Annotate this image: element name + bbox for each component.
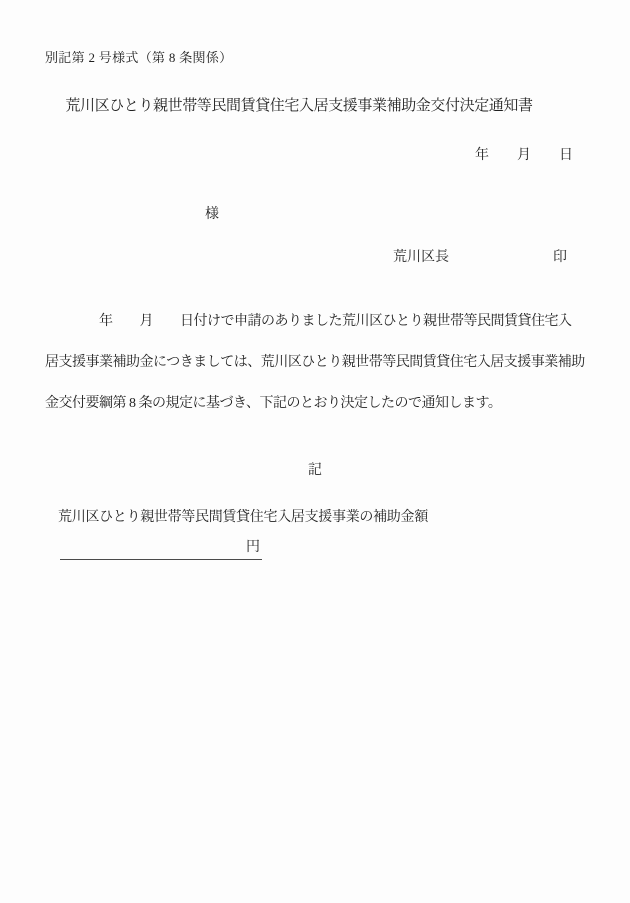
body-paragraph: 年 月 日付けで申請のありました荒川区ひとり親世帯等民間賃貸住宅入 居支援事業補…: [45, 301, 590, 424]
body-line: 金交付要綱第 8 条の規定に基づき、下記のとおり決定したので通知します。: [45, 383, 590, 424]
issuer-row: 荒川区長 印: [0, 246, 630, 264]
document-title: 荒川区ひとり親世帯等民間賃貸住宅入居支援事業補助金交付決定通知書: [0, 94, 630, 115]
subsidy-amount-label: 荒川区ひとり親世帯等民間賃貸住宅入居支援事業の補助金額: [58, 506, 428, 526]
currency-unit: 円: [246, 540, 262, 555]
recipient-honorific: 様: [205, 203, 219, 223]
seal-placeholder: 印: [553, 246, 567, 266]
document-page: 別記第 2 号様式（第 8 条関係） 荒川区ひとり親世帯等民間賃貸住宅入居支援事…: [0, 0, 630, 903]
issuer-name: 荒川区長: [393, 246, 449, 266]
body-line: 居支援事業補助金につきましては、荒川区ひとり親世帯等民間賃貸住宅入居支援事業補助: [45, 342, 590, 383]
amount-fill-in-blank: 円: [60, 537, 262, 560]
issue-date-blank: 年 月 日: [475, 144, 573, 164]
record-marker: 記: [0, 459, 630, 479]
body-line: 年 月 日付けで申請のありました荒川区ひとり親世帯等民間賃貸住宅入: [45, 301, 590, 342]
form-number-label: 別記第 2 号様式（第 8 条関係）: [45, 47, 232, 66]
